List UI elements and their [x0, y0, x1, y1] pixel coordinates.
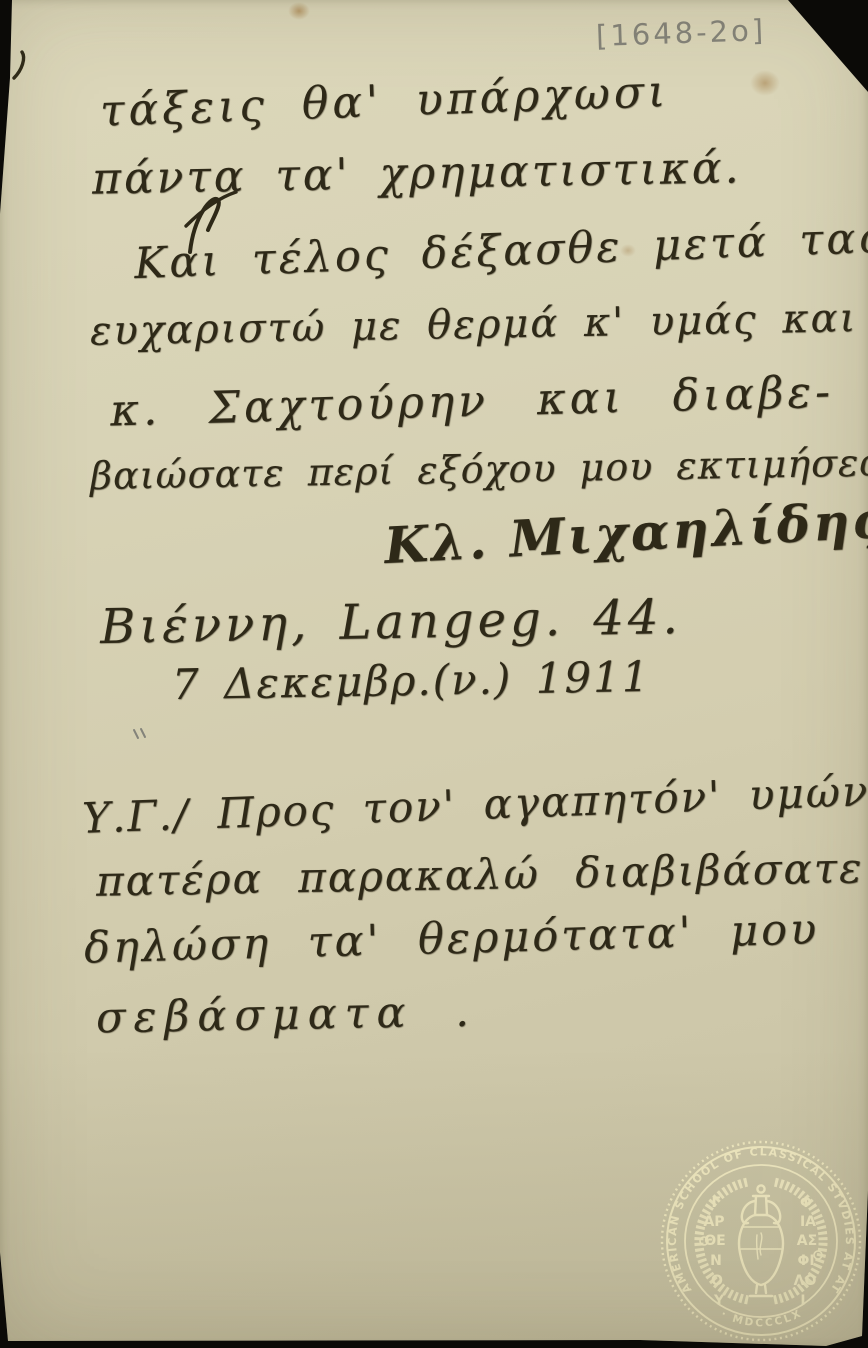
handwritten-line: τάξεις θα' υπάρχωσι: [99, 70, 669, 134]
postscript-line: δηλώση τα' θερμότατα' μου: [84, 908, 820, 970]
signature: Κλ. Μιχαηλίδης: [383, 495, 868, 571]
svg-text:Γ: Γ: [712, 1195, 721, 1211]
postscript-line: πατέρα παρακαλώ διαβιβάσατε: [96, 847, 864, 902]
handwritten-line: βαιώσατε περί εξόχου μου εκτιμήσεως: [90, 443, 868, 495]
foxing-stain: [288, 2, 310, 20]
foxing-stain: [750, 70, 780, 96]
archive-seal: AMERICAN SCHOOL OF CLASSICAL STVDIES AT …: [656, 1136, 866, 1346]
svg-text:Φ: Φ: [800, 1195, 812, 1211]
svg-text:Ι: Ι: [800, 1293, 805, 1309]
postscript-line: Υ.Γ./ Προς τον' αγαπητόν' υμών: [82, 770, 868, 839]
svg-text:ΘΕ: ΘΕ: [704, 1233, 725, 1249]
handwritten-line: ευχαριστώ με θερμά κ' υμάς και τον: [90, 296, 868, 351]
letter-page: [1648-2ο] τάξεις θα' υπάρχωσι πάντα τα' …: [0, 0, 868, 1348]
foxing-stain: [818, 8, 854, 40]
postscript-line: σεβάσματα .: [96, 991, 478, 1041]
place-address-line: Βιέννη, Langeg. 44.: [100, 593, 682, 651]
archival-reference: [1648-2ο]: [595, 13, 766, 53]
scanned-document: [1648-2ο] τάξεις θα' υπάρχωσι πάντα τα' …: [0, 0, 868, 1348]
svg-text:Υ: Υ: [713, 1293, 725, 1309]
ink-mark: [8, 48, 34, 82]
date-line: 7 Δεκεμβρ.(ν.) 1911: [172, 656, 651, 706]
svg-text:ΑΡ: ΑΡ: [703, 1214, 724, 1230]
svg-text:Ο: Ο: [711, 1273, 723, 1289]
pencil-tick-mark: [130, 726, 152, 744]
svg-text:Ν: Ν: [710, 1253, 722, 1269]
svg-text:ΙΑ: ΙΑ: [800, 1214, 816, 1230]
svg-text:ΑΣ: ΑΣ: [797, 1233, 817, 1249]
svg-text:ΦΙ: ΦΙ: [797, 1253, 814, 1269]
svg-text:ΛΟ: ΛΟ: [794, 1273, 817, 1289]
handwritten-line: κ. Σαχτούρην και διαβε-: [110, 371, 835, 434]
